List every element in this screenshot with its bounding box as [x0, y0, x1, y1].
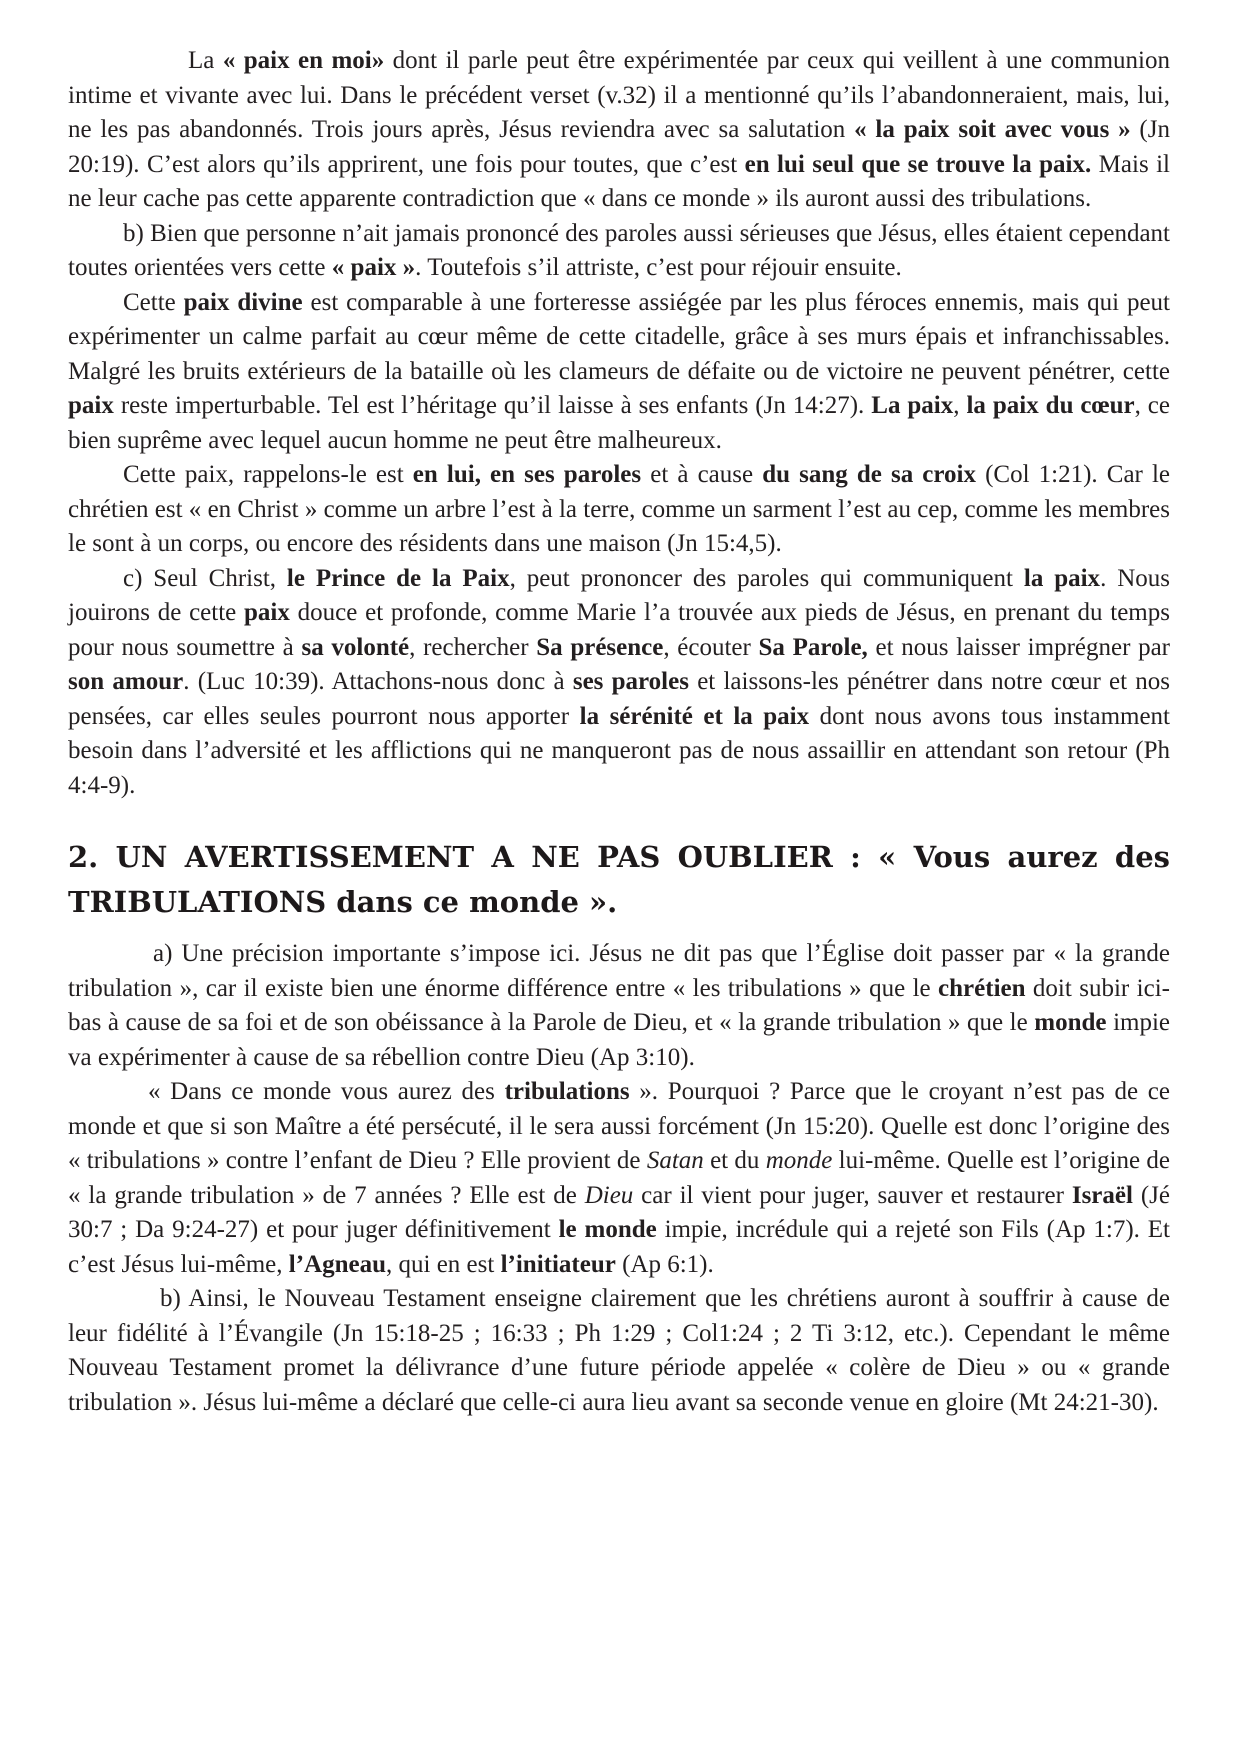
- text-run-bold: paix: [68, 392, 114, 419]
- text-run-bold: le monde: [559, 1216, 657, 1243]
- text-run-bold: la paix du cœur: [966, 392, 1134, 419]
- document-body: La « paix en moi» dont il parle peut êtr…: [68, 44, 1170, 1420]
- text-run-bold: en lui seul que se trouve la paix.: [745, 151, 1092, 178]
- text-run-bold: « paix en moi»: [223, 47, 384, 74]
- text-run-italic: Dieu: [585, 1182, 634, 1209]
- text-run-bold: La paix: [871, 392, 953, 419]
- text-run-bold: l’initiateur: [501, 1251, 616, 1278]
- text-run: et du: [704, 1147, 766, 1174]
- section-heading-line-2: TRIBULATIONS dans ce monde ».: [68, 880, 1170, 925]
- text-run: b) Ainsi, le Nouveau Testament enseigne …: [68, 1285, 1170, 1416]
- text-run-bold: Sa présence: [536, 634, 663, 661]
- text-run-bold: Israël: [1072, 1182, 1133, 1209]
- text-run: , qui en est: [386, 1251, 501, 1278]
- text-run: , peut prononcer des paroles qui communi…: [510, 565, 1024, 592]
- paragraph-3: Cette paix divine est comparable à une f…: [68, 286, 1170, 459]
- text-run: , rechercher: [409, 634, 536, 661]
- text-run: car il vient pour juger, sauver et resta…: [633, 1182, 1072, 1209]
- text-run-bold: le Prince de la Paix: [287, 565, 510, 592]
- text-run-italic: monde: [766, 1147, 833, 1174]
- text-run: et à cause: [641, 461, 762, 488]
- text-run: Cette: [123, 289, 184, 316]
- text-run-bold: chrétien: [938, 975, 1025, 1002]
- text-run-bold: l’Agneau: [289, 1251, 386, 1278]
- text-run-bold: son amour: [68, 668, 183, 695]
- text-run-bold: la sérénité et la paix: [580, 703, 810, 730]
- section-heading: 2. UN AVERTISSEMENT A NE PAS OUBLIER : «…: [68, 835, 1170, 925]
- text-run-bold: monde: [1034, 1009, 1106, 1036]
- text-run: « Dans ce monde vous aurez des: [148, 1078, 505, 1105]
- paragraph-1: La « paix en moi» dont il parle peut êtr…: [68, 44, 1170, 217]
- text-run-bold: paix divine: [184, 289, 303, 316]
- document-page: La « paix en moi» dont il parle peut êtr…: [0, 0, 1240, 1754]
- text-run-bold: Sa Parole,: [759, 634, 868, 661]
- text-run: reste imperturbable. Tel est l’héritage …: [114, 392, 871, 419]
- text-run-bold: tribulations: [505, 1078, 630, 1105]
- text-run-italic: Satan: [647, 1147, 704, 1174]
- text-run: . Toutefois s’il attriste, c’est pour ré…: [415, 254, 902, 281]
- text-run: et nous laisser imprégner par: [868, 634, 1170, 661]
- text-run-bold: sa volonté: [301, 634, 409, 661]
- text-run-bold: en lui, en ses paroles: [413, 461, 641, 488]
- text-run: La: [188, 47, 223, 74]
- paragraph-7: « Dans ce monde vous aurez des tribulati…: [68, 1075, 1170, 1282]
- text-run-bold: « la paix soit avec vous »: [854, 116, 1131, 143]
- text-run: ,: [953, 392, 966, 419]
- text-run-bold: ses paroles: [573, 668, 689, 695]
- section-heading-line-1: 2. UN AVERTISSEMENT A NE PAS OUBLIER : «…: [68, 835, 1170, 880]
- text-run-bold: la paix: [1024, 565, 1100, 592]
- paragraph-8: b) Ainsi, le Nouveau Testament enseigne …: [68, 1282, 1170, 1420]
- text-run: Cette paix, rappelons-le est: [123, 461, 413, 488]
- paragraph-6: a) Une précision importante s’impose ici…: [68, 937, 1170, 1075]
- text-run: , écouter: [663, 634, 758, 661]
- text-run-bold: « paix »: [332, 254, 415, 281]
- paragraph-2: b) Bien que personne n’ait jamais pronon…: [68, 217, 1170, 286]
- text-run: . (Luc 10:39). Attachons-nous donc à: [183, 668, 573, 695]
- text-run-bold: du sang de sa croix: [762, 461, 976, 488]
- paragraph-4: Cette paix, rappelons-le est en lui, en …: [68, 458, 1170, 562]
- text-run: c) Seul Christ,: [123, 565, 287, 592]
- text-run: (Ap 6:1).: [616, 1251, 714, 1278]
- paragraph-5: c) Seul Christ, le Prince de la Paix, pe…: [68, 562, 1170, 804]
- text-run-bold: paix: [244, 599, 290, 626]
